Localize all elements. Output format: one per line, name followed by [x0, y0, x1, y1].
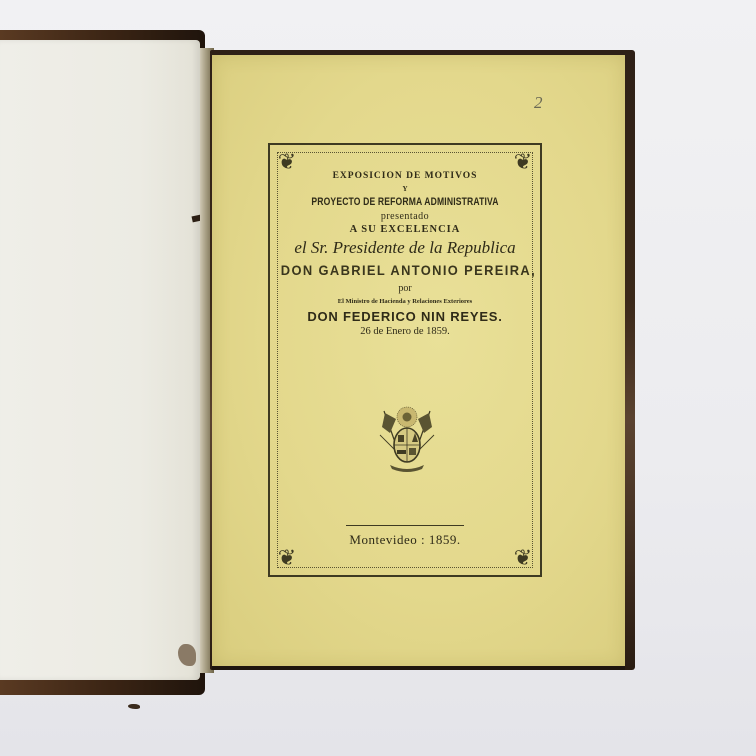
title-line-ministro: El Ministro de Hacienda y Relaciones Ext… [270, 298, 540, 305]
page-damage-mark [128, 704, 140, 709]
left-flyleaf-page [0, 40, 200, 680]
imprint-rule-divider [346, 525, 464, 526]
ornamental-frame: ❦ ❦ ❦ ❦ EXPOSICION DE MOTIVOS Y PROYECTO… [268, 143, 542, 577]
title-line-president-name: DON GABRIEL ANTONIO PEREIRA, [281, 262, 529, 278]
page-tear [178, 644, 196, 666]
imprint-place-year: Montevideo : 1859. [270, 532, 540, 548]
pencil-page-number: 2 [534, 93, 543, 113]
title-line-excelencia: A SU EXCELENCIA [270, 224, 540, 235]
title-line-author-name: DON FEDERICO NIN REYES. [270, 309, 540, 324]
title-text-block: EXPOSICION DE MOTIVOS Y PROYECTO DE REFO… [270, 167, 540, 337]
title-line-exposicion: EXPOSICION DE MOTIVOS [270, 171, 540, 181]
title-line-presentado: presentado [270, 211, 540, 222]
title-line-date: 26 de Enero de 1859. [270, 326, 540, 337]
title-page: 2 ❦ ❦ ❦ ❦ EXPOSICION DE MOTIVOS Y PROYEC… [212, 55, 625, 667]
coat-of-arms-icon [376, 405, 438, 475]
title-line-por: por [270, 283, 540, 294]
title-line-conjunction: Y [270, 185, 540, 193]
title-line-proyecto: PROYECTO DE REFORMA ADMINISTRATIVA [300, 196, 511, 208]
cover-bottom-edge [212, 666, 625, 670]
title-line-presidente: el Sr. Presidente de la Republica [270, 238, 540, 258]
